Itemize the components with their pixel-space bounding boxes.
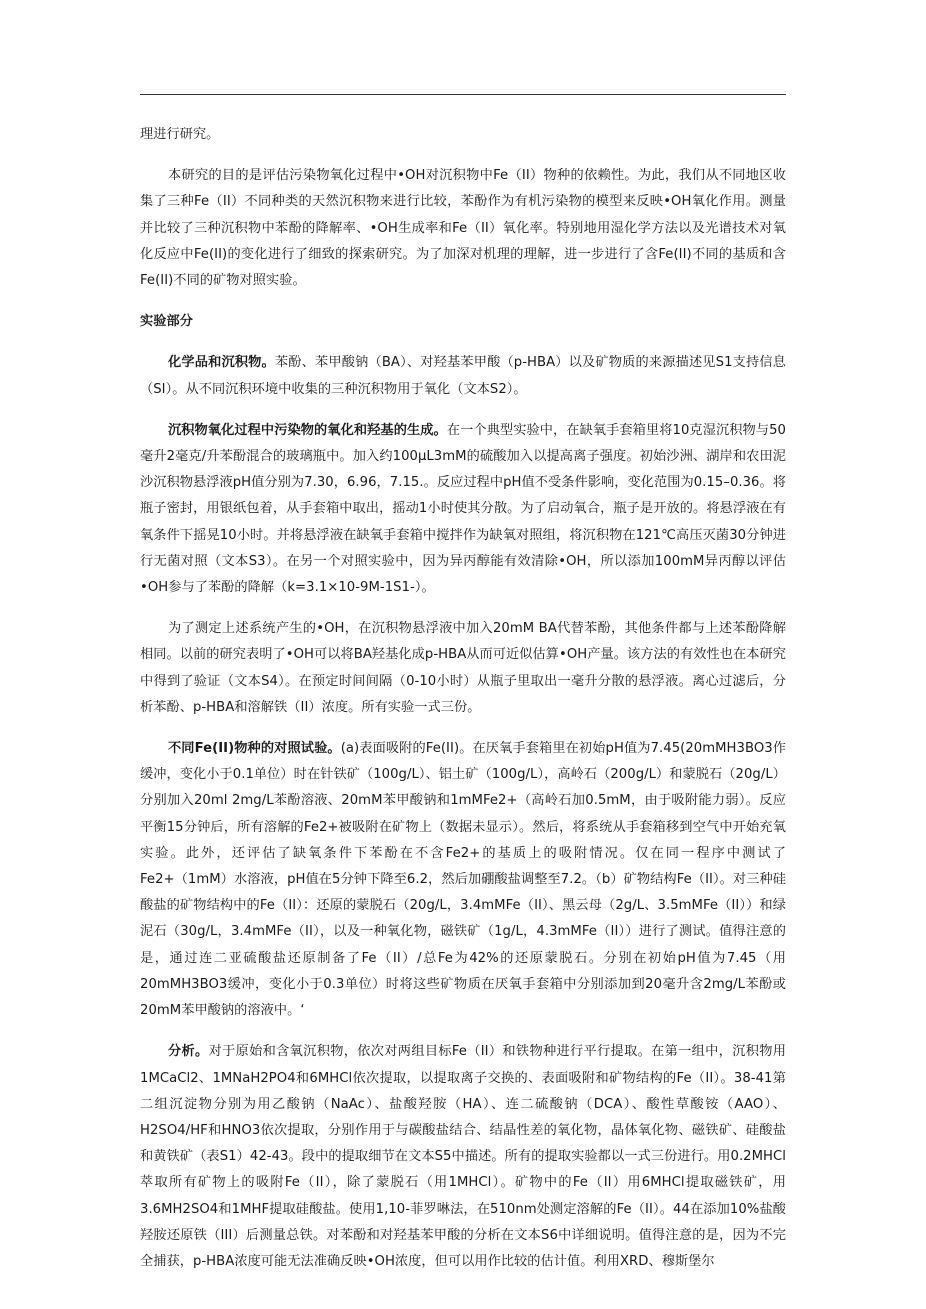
paragraph-lead: 沉积物氧化过程中污染物的氧化和羟基的生成。 [168,423,447,438]
oh-measurement-paragraph: 为了测定上述系统产生的•OH，在沉积物悬浮液中加入20mM BA代替苯酚，其他条… [140,616,786,721]
document-body: 理进行研究。 本研究的目的是评估污染物氧化过程中•OH对沉积物中Fe（II）物种… [140,122,786,1290]
intro-paragraph: 本研究的目的是评估污染物氧化过程中•OH对沉积物中Fe（II）物种的依赖性。为此… [140,163,786,294]
chemicals-paragraph: 化学品和沉积物。苯酚、苯甲酸钠（BA）、对羟基苯甲酸（p-HBA）以及矿物质的来… [140,350,786,402]
paragraph-lead: 不同Fe(II)物种的对照试验。 [168,741,341,756]
paragraph-text: 在一个典型实验中，在缺氧手套箱里将10克湿沉积物与50毫升2毫克/升苯酚混合的玻… [140,423,786,595]
section-heading: 实验部分 [140,309,786,335]
paragraph-text: 对于原始和含氧沉积物，依次对两组目标Fe（II）和铁物种进行平行提取。在第一组中… [140,1044,786,1269]
oxidation-paragraph: 沉积物氧化过程中污染物的氧化和羟基的生成。在一个典型实验中，在缺氧手套箱里将10… [140,418,786,601]
paragraph-text: (a)表面吸附的Fe(II)。在厌氧手套箱里在初始pH值为7.45(20mMH3… [140,741,786,1018]
analysis-paragraph: 分析。对于原始和含氧沉积物，依次对两组目标Fe（II）和铁物种进行平行提取。在第… [140,1039,786,1275]
continuation-paragraph: 理进行研究。 [140,122,786,148]
paragraph-text: 为了测定上述系统产生的•OH，在沉积物悬浮液中加入20mM BA代替苯酚，其他条… [140,621,786,715]
paragraph-lead: 化学品和沉积物。 [168,355,275,370]
paragraph-lead: 分析。 [168,1044,209,1059]
header-rule [140,94,786,95]
control-experiments-paragraph: 不同Fe(II)物种的对照试验。(a)表面吸附的Fe(II)。在厌氧手套箱里在初… [140,736,786,1024]
